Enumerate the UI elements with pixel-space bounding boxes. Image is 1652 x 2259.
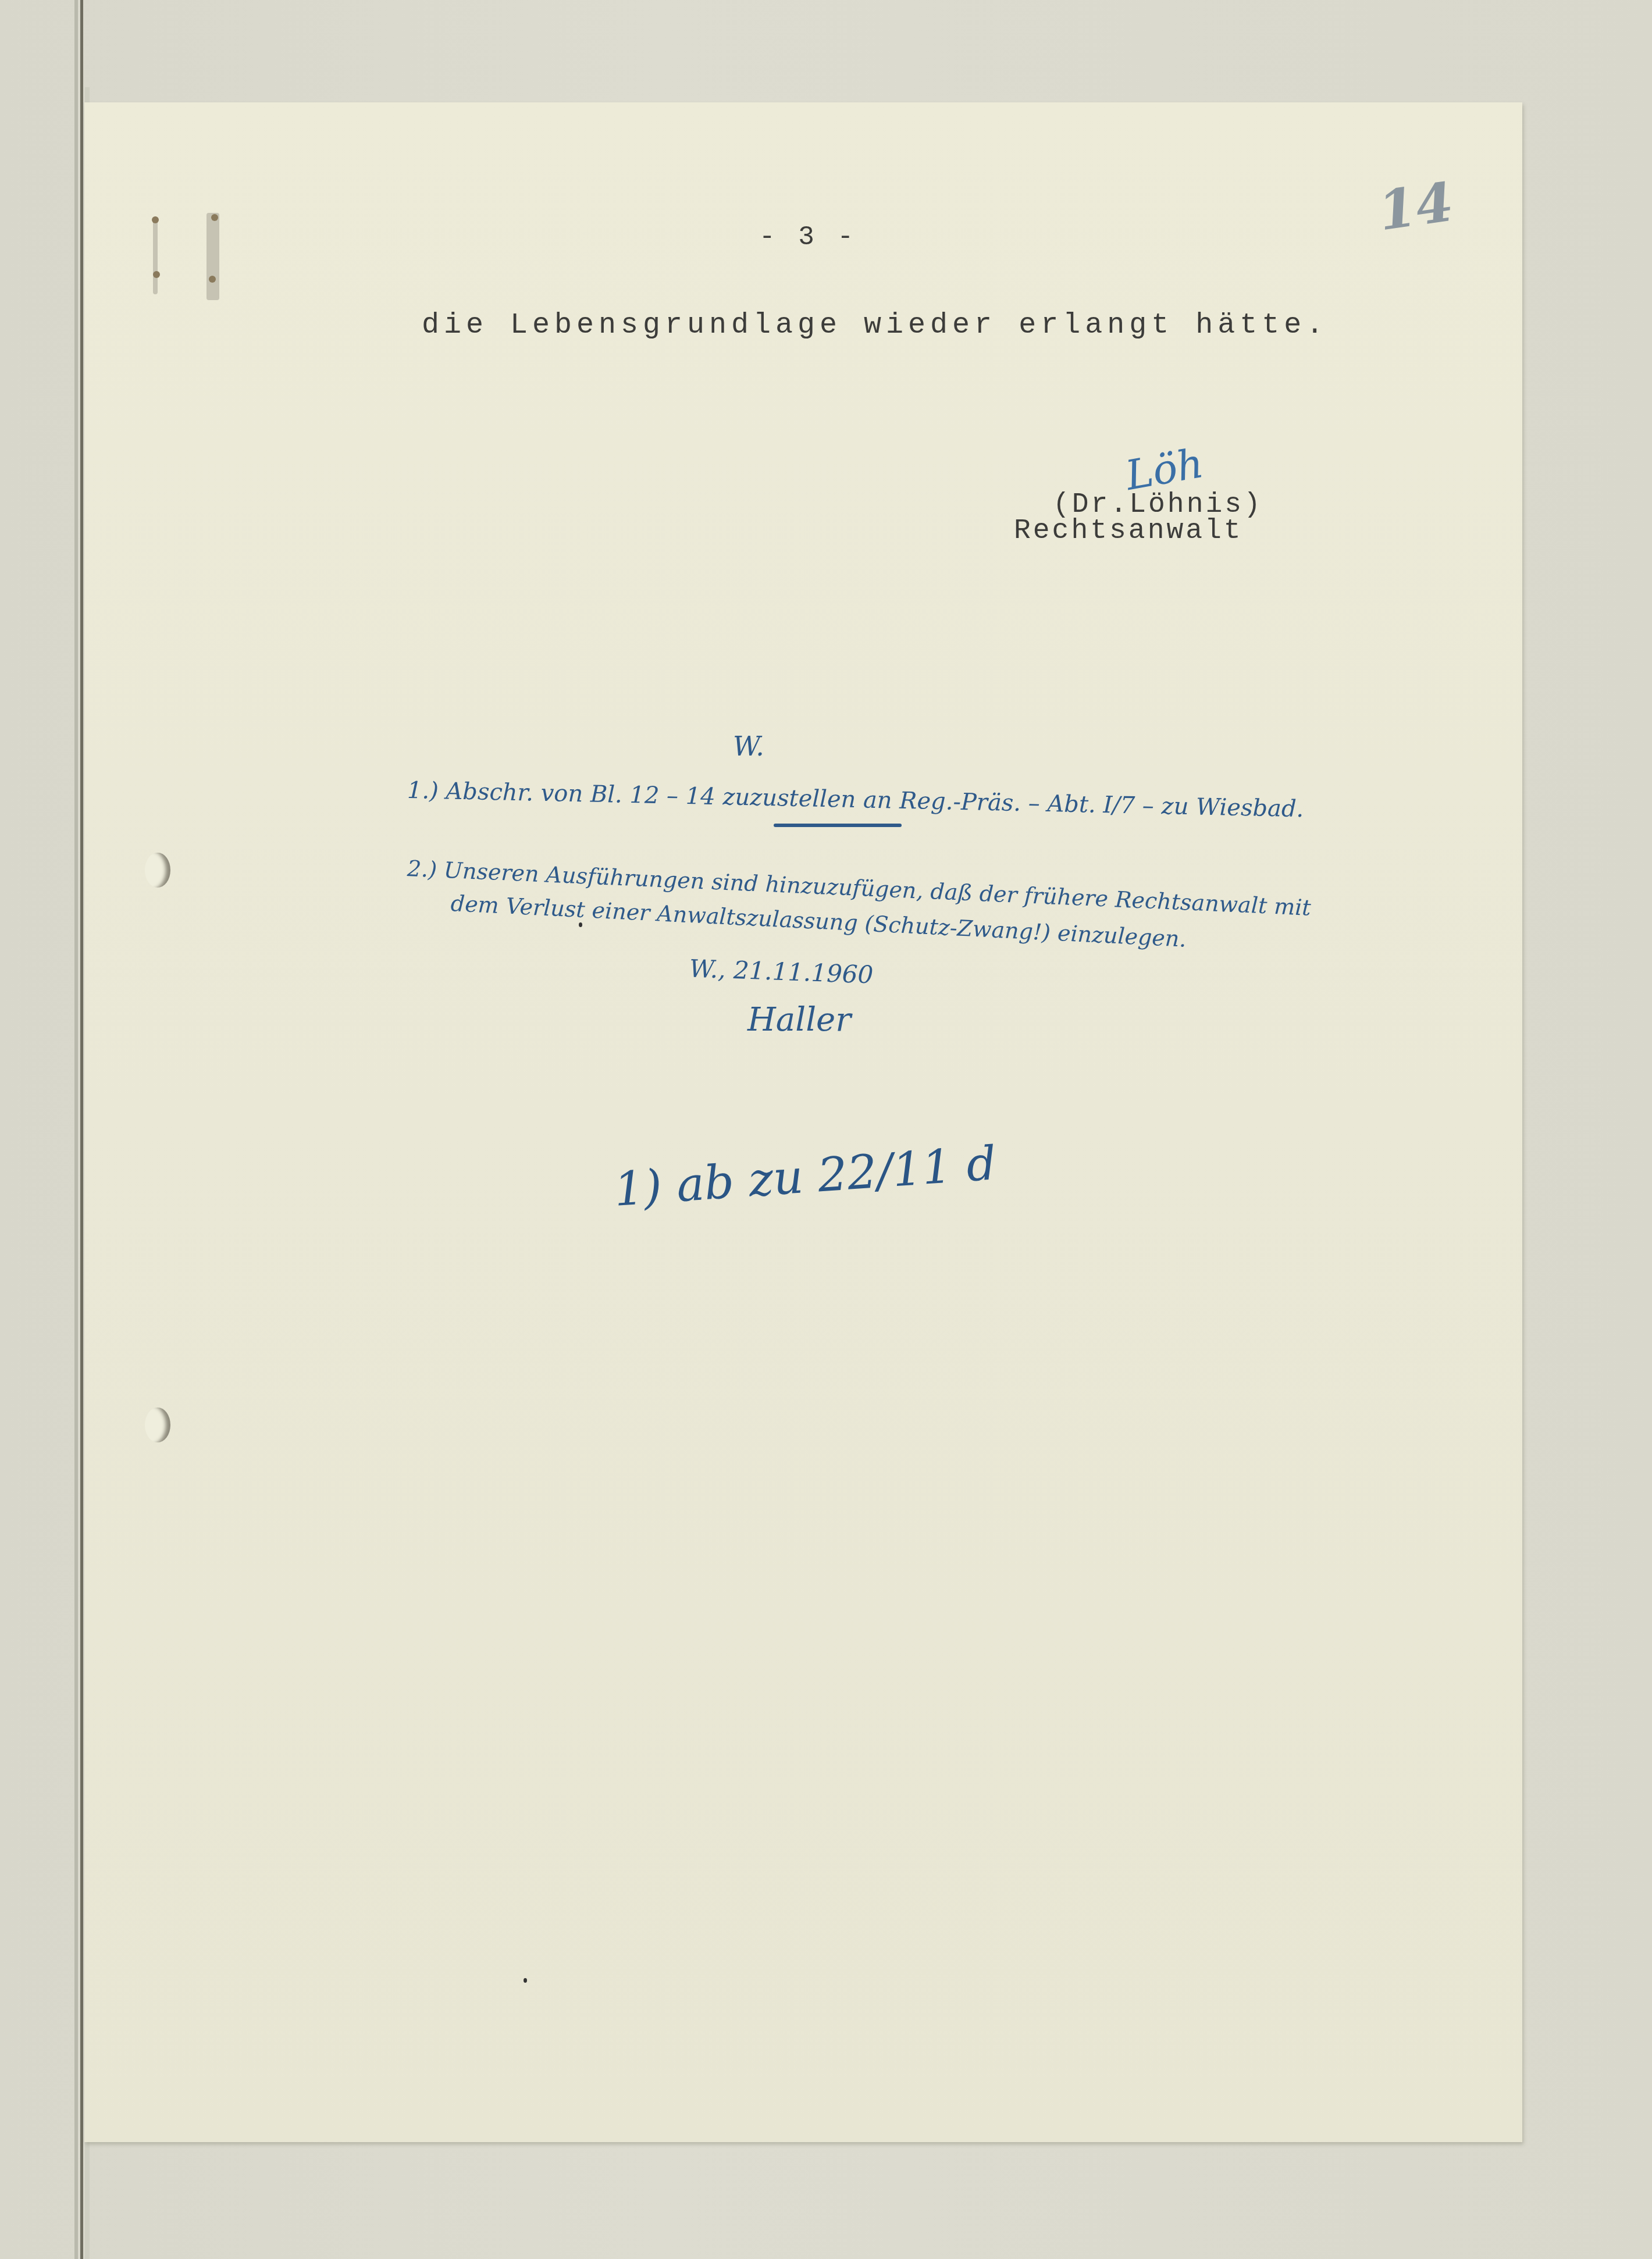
staple-hole <box>209 276 216 283</box>
document-page: 14 - 3 - die Lebensgrundlage wieder erla… <box>84 102 1522 2142</box>
binding-edge-dark <box>80 0 83 2259</box>
annotation-underline <box>774 824 902 827</box>
staple-hole <box>153 271 160 278</box>
staple-tear-mark <box>206 213 219 300</box>
annotation-paraph: Haller <box>747 1001 851 1039</box>
annotation-item-1: 1.) Abschr. von Bl. 12 – 14 zuzustellen … <box>407 777 1304 822</box>
staple-hole <box>152 216 159 223</box>
ink-speck <box>579 922 582 927</box>
signatory-title: Rechtsanwalt <box>1014 515 1243 547</box>
staple-tear-mark <box>153 219 158 294</box>
annotation-disposition: 1) ab zu 22/11 d <box>613 1136 998 1217</box>
body-text: die Lebensgrundlage wieder erlangt hätte… <box>422 309 1328 342</box>
annotation-date: W., 21.11.1960 <box>689 954 874 989</box>
archive-folio-number: 14 <box>1375 170 1457 243</box>
page-number: - 3 - <box>759 222 857 252</box>
punch-hole-lower <box>145 1408 170 1442</box>
punch-hole-upper <box>145 853 170 888</box>
binding-edge <box>74 0 78 2259</box>
annotation-section-mark: W. <box>733 731 764 762</box>
staple-hole <box>211 214 218 221</box>
ink-speck <box>524 1978 527 1983</box>
